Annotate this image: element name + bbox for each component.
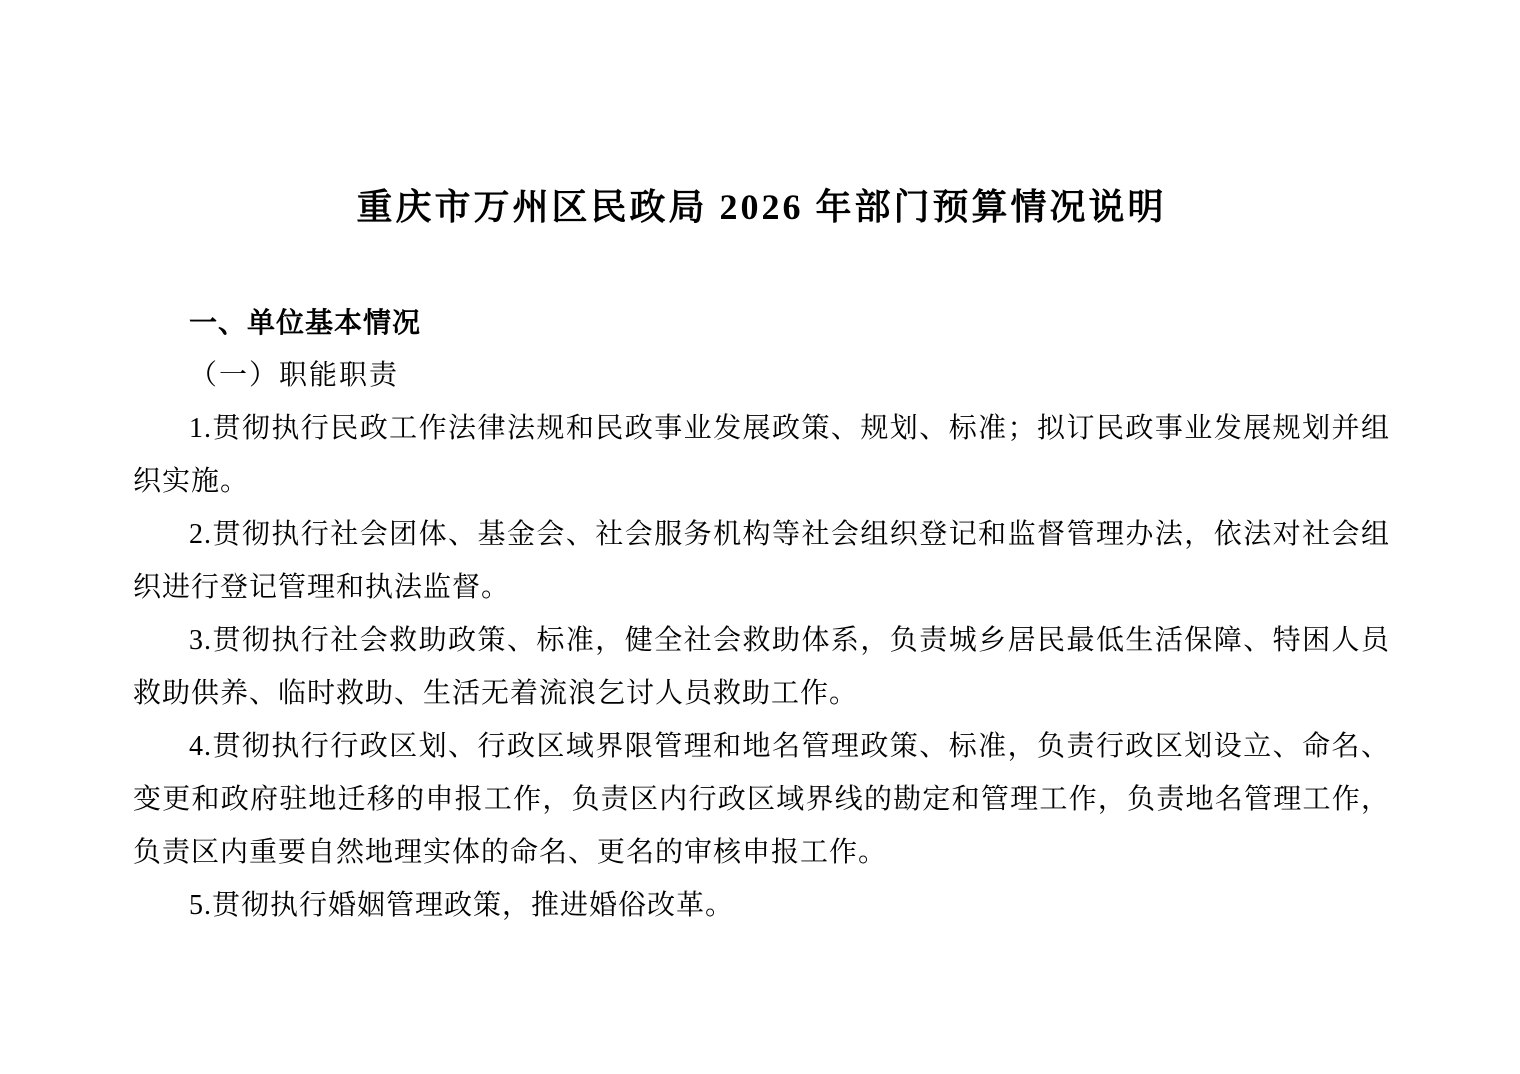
paragraph-4: 4.贯彻执行行政区划、行政区域界限管理和地名管理政策、标准，负责行政区划设立、命… bbox=[133, 720, 1390, 879]
paragraph-2: 2.贯彻执行社会团体、基金会、社会服务机构等社会组织登记和监督管理办法，依法对社… bbox=[133, 508, 1390, 614]
paragraph-1: 1.贯彻执行民政工作法律法规和民政事业发展政策、规划、标准；拟订民政事业发展规划… bbox=[133, 402, 1390, 508]
document-page: 重庆市万州区民政局 2026 年部门预算情况说明 一、单位基本情况 （一）职能职… bbox=[0, 0, 1520, 1074]
subsection-heading: （一）职能职责 bbox=[133, 349, 1390, 402]
paragraph-5: 5.贯彻执行婚姻管理政策，推进婚俗改革。 bbox=[133, 879, 1390, 932]
section-heading: 一、单位基本情况 bbox=[133, 296, 1390, 349]
page-title: 重庆市万州区民政局 2026 年部门预算情况说明 bbox=[133, 184, 1390, 230]
paragraph-3: 3.贯彻执行社会救助政策、标准，健全社会救助体系，负责城乡居民最低生活保障、特困… bbox=[133, 614, 1390, 720]
